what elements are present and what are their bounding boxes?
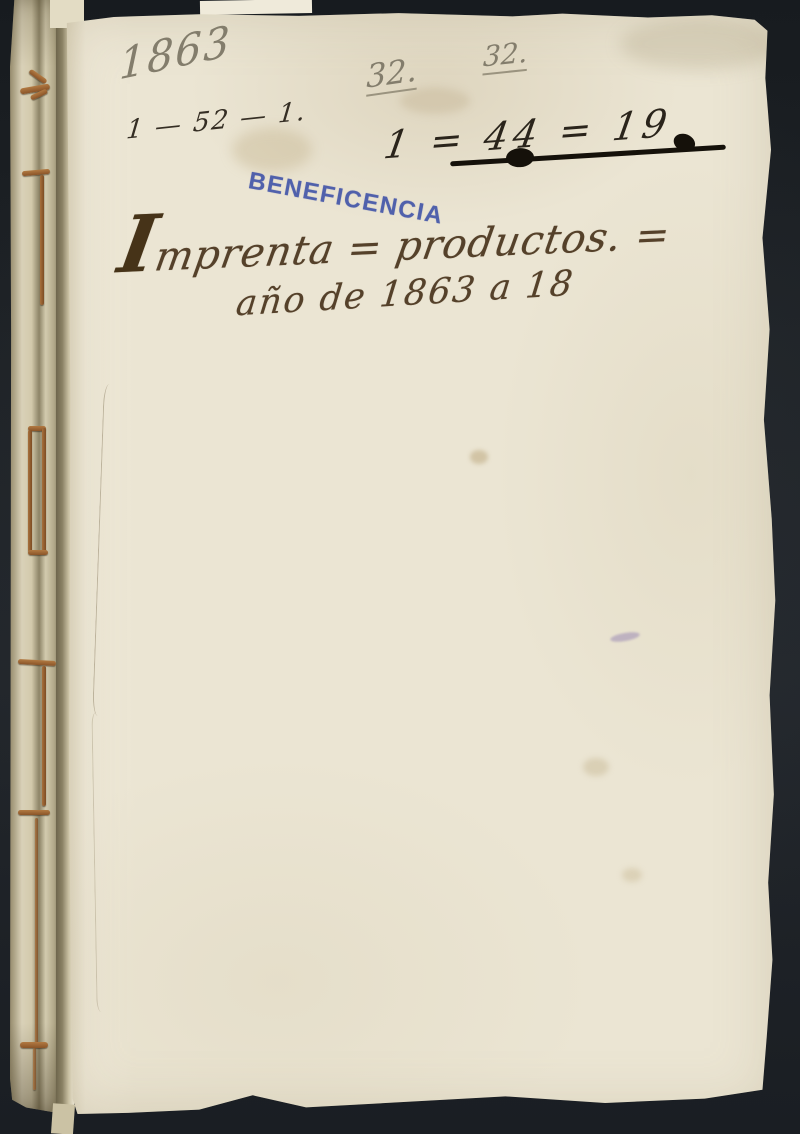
manuscript-page: 1863 32. 32. 1 — 52 — 1. 1 = 44 = 19 BEN… — [64, 12, 776, 1114]
paper-stain — [622, 868, 642, 882]
stitch-cord — [42, 428, 46, 554]
paper-stain — [583, 758, 609, 776]
pencil-number-right: 32. — [483, 36, 528, 74]
pencil-number-center: 32. — [366, 50, 416, 95]
stitch-cord — [28, 430, 32, 552]
paper-stain — [620, 18, 780, 70]
ink-blot — [505, 147, 534, 168]
page-bottom-tab — [51, 1103, 75, 1134]
ink-blot — [671, 131, 698, 155]
stitch-cord — [28, 550, 48, 555]
paper-crease — [91, 712, 105, 1012]
stitch-cord — [33, 1048, 36, 1090]
purple-smudge-mark — [610, 630, 641, 643]
paper-stain — [232, 128, 312, 172]
stitch-cord — [18, 810, 50, 815]
paper-stain — [400, 88, 470, 114]
pencil-year: 1863 — [118, 15, 232, 89]
stitch-cord — [35, 818, 38, 1046]
stitch-cord — [40, 175, 44, 305]
paper-stain — [470, 450, 488, 464]
document-scan: 1863 32. 32. 1 — 52 — 1. 1 = 44 = 19 BEN… — [0, 0, 800, 1134]
paper-corner-top — [200, 0, 312, 15]
paper-crease — [92, 384, 115, 716]
stitch-cord — [42, 666, 46, 806]
